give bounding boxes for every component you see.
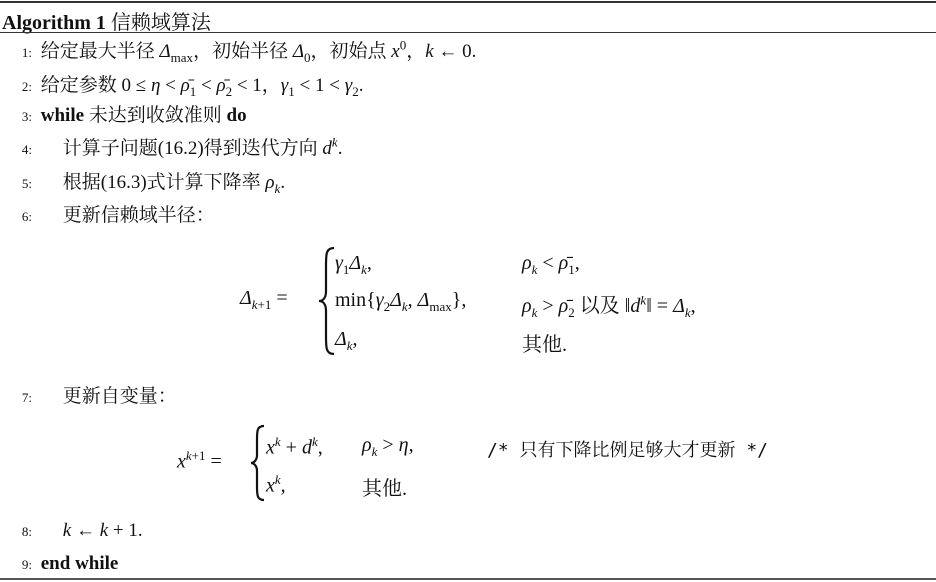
delta-update-lhs: Δk+1 = xyxy=(240,287,288,313)
line-text: 更新信赖域半径： xyxy=(63,205,215,226)
keyword-do: do xyxy=(227,105,247,126)
keyword-while: while xyxy=(41,105,84,126)
keyword-end-while: end while xyxy=(41,553,119,574)
x-case-1-condition: ρk > η, xyxy=(362,434,414,460)
line-text: 给定最大半径 Δmax，初始半径 Δ0，初始点 x0，k ← 0. xyxy=(41,41,477,62)
delta-case-2-value: min{γ2Δk, Δmax}, xyxy=(335,289,466,315)
line-number: 2: xyxy=(0,79,36,95)
bottom-rule xyxy=(0,578,936,580)
algorithm-line-6: 6: 更新信赖域半径： xyxy=(0,200,215,227)
top-rule xyxy=(0,1,936,3)
x-case-2-condition: 其他. xyxy=(362,472,407,501)
line-number: 7: xyxy=(0,390,36,406)
delta-case-2-condition: ρk > ρ̄2 以及 ‖dk‖ = Δk, xyxy=(522,289,696,321)
algorithm-line-8: 8: k ← k + 1. xyxy=(0,520,143,542)
algorithm-line-5: 5: 根据(16.3)式计算下降率 ρk. xyxy=(0,167,285,197)
delta-case-3-value: Δk, xyxy=(335,328,358,354)
algorithm-line-1: 1: 给定最大半径 Δmax，初始半径 Δ0，初始点 x0，k ← 0. xyxy=(0,36,476,66)
line-text: k ← k + 1. xyxy=(63,520,143,541)
x-case-2-value: xk, xyxy=(266,472,286,498)
algorithm-caption: Algorithm 1 信赖域算法 xyxy=(2,6,211,35)
algorithm-line-3: 3: while 未达到收敛准则 do xyxy=(0,100,247,127)
x-update-lhs: xk+1 = xyxy=(177,448,222,474)
line-number: 4: xyxy=(0,142,36,158)
line-text: 未达到收敛准则 xyxy=(89,105,222,126)
line-text: 更新自变量： xyxy=(63,386,177,407)
caption-rule xyxy=(0,32,936,33)
delta-case-1-value: γ1Δk, xyxy=(335,252,372,278)
algorithm-line-9: 9: end while xyxy=(0,553,118,575)
algorithm-line-7: 7: 更新自变量： xyxy=(0,381,177,408)
line-text: 根据(16.3)式计算下降率 ρk. xyxy=(63,172,285,193)
algorithm-label: Algorithm 1 xyxy=(2,12,106,34)
algorithm-title: 信赖域算法 xyxy=(111,12,211,34)
line-number: 8: xyxy=(0,524,36,540)
line-number: 5: xyxy=(0,176,36,192)
line-number: 9: xyxy=(0,557,36,573)
left-brace-icon xyxy=(250,424,266,502)
line-number: 3: xyxy=(0,109,36,125)
left-brace-icon xyxy=(318,246,336,356)
algorithm-comment: /* 只有下降比例足够大才更新 */ xyxy=(487,436,768,462)
line-number: 1: xyxy=(0,45,36,61)
line-number: 6: xyxy=(0,209,36,225)
delta-case-1-condition: ρk < ρ̄1, xyxy=(522,252,580,278)
x-case-1-value: xk + dk, xyxy=(266,434,323,460)
line-text: 给定参数 0 ≤ η < ρ̄1 < ρ̄2 < 1，γ1 < 1 < γ2. xyxy=(41,75,364,96)
line-text: 计算子问题(16.2)得到迭代方向 dk. xyxy=(63,138,343,159)
algorithm-line-2: 2: 给定参数 0 ≤ η < ρ̄1 < ρ̄2 < 1，γ1 < 1 < γ… xyxy=(0,70,363,100)
algorithm-line-4: 4: 计算子问题(16.2)得到迭代方向 dk. xyxy=(0,133,342,160)
delta-case-3-condition: 其他. xyxy=(522,328,567,357)
